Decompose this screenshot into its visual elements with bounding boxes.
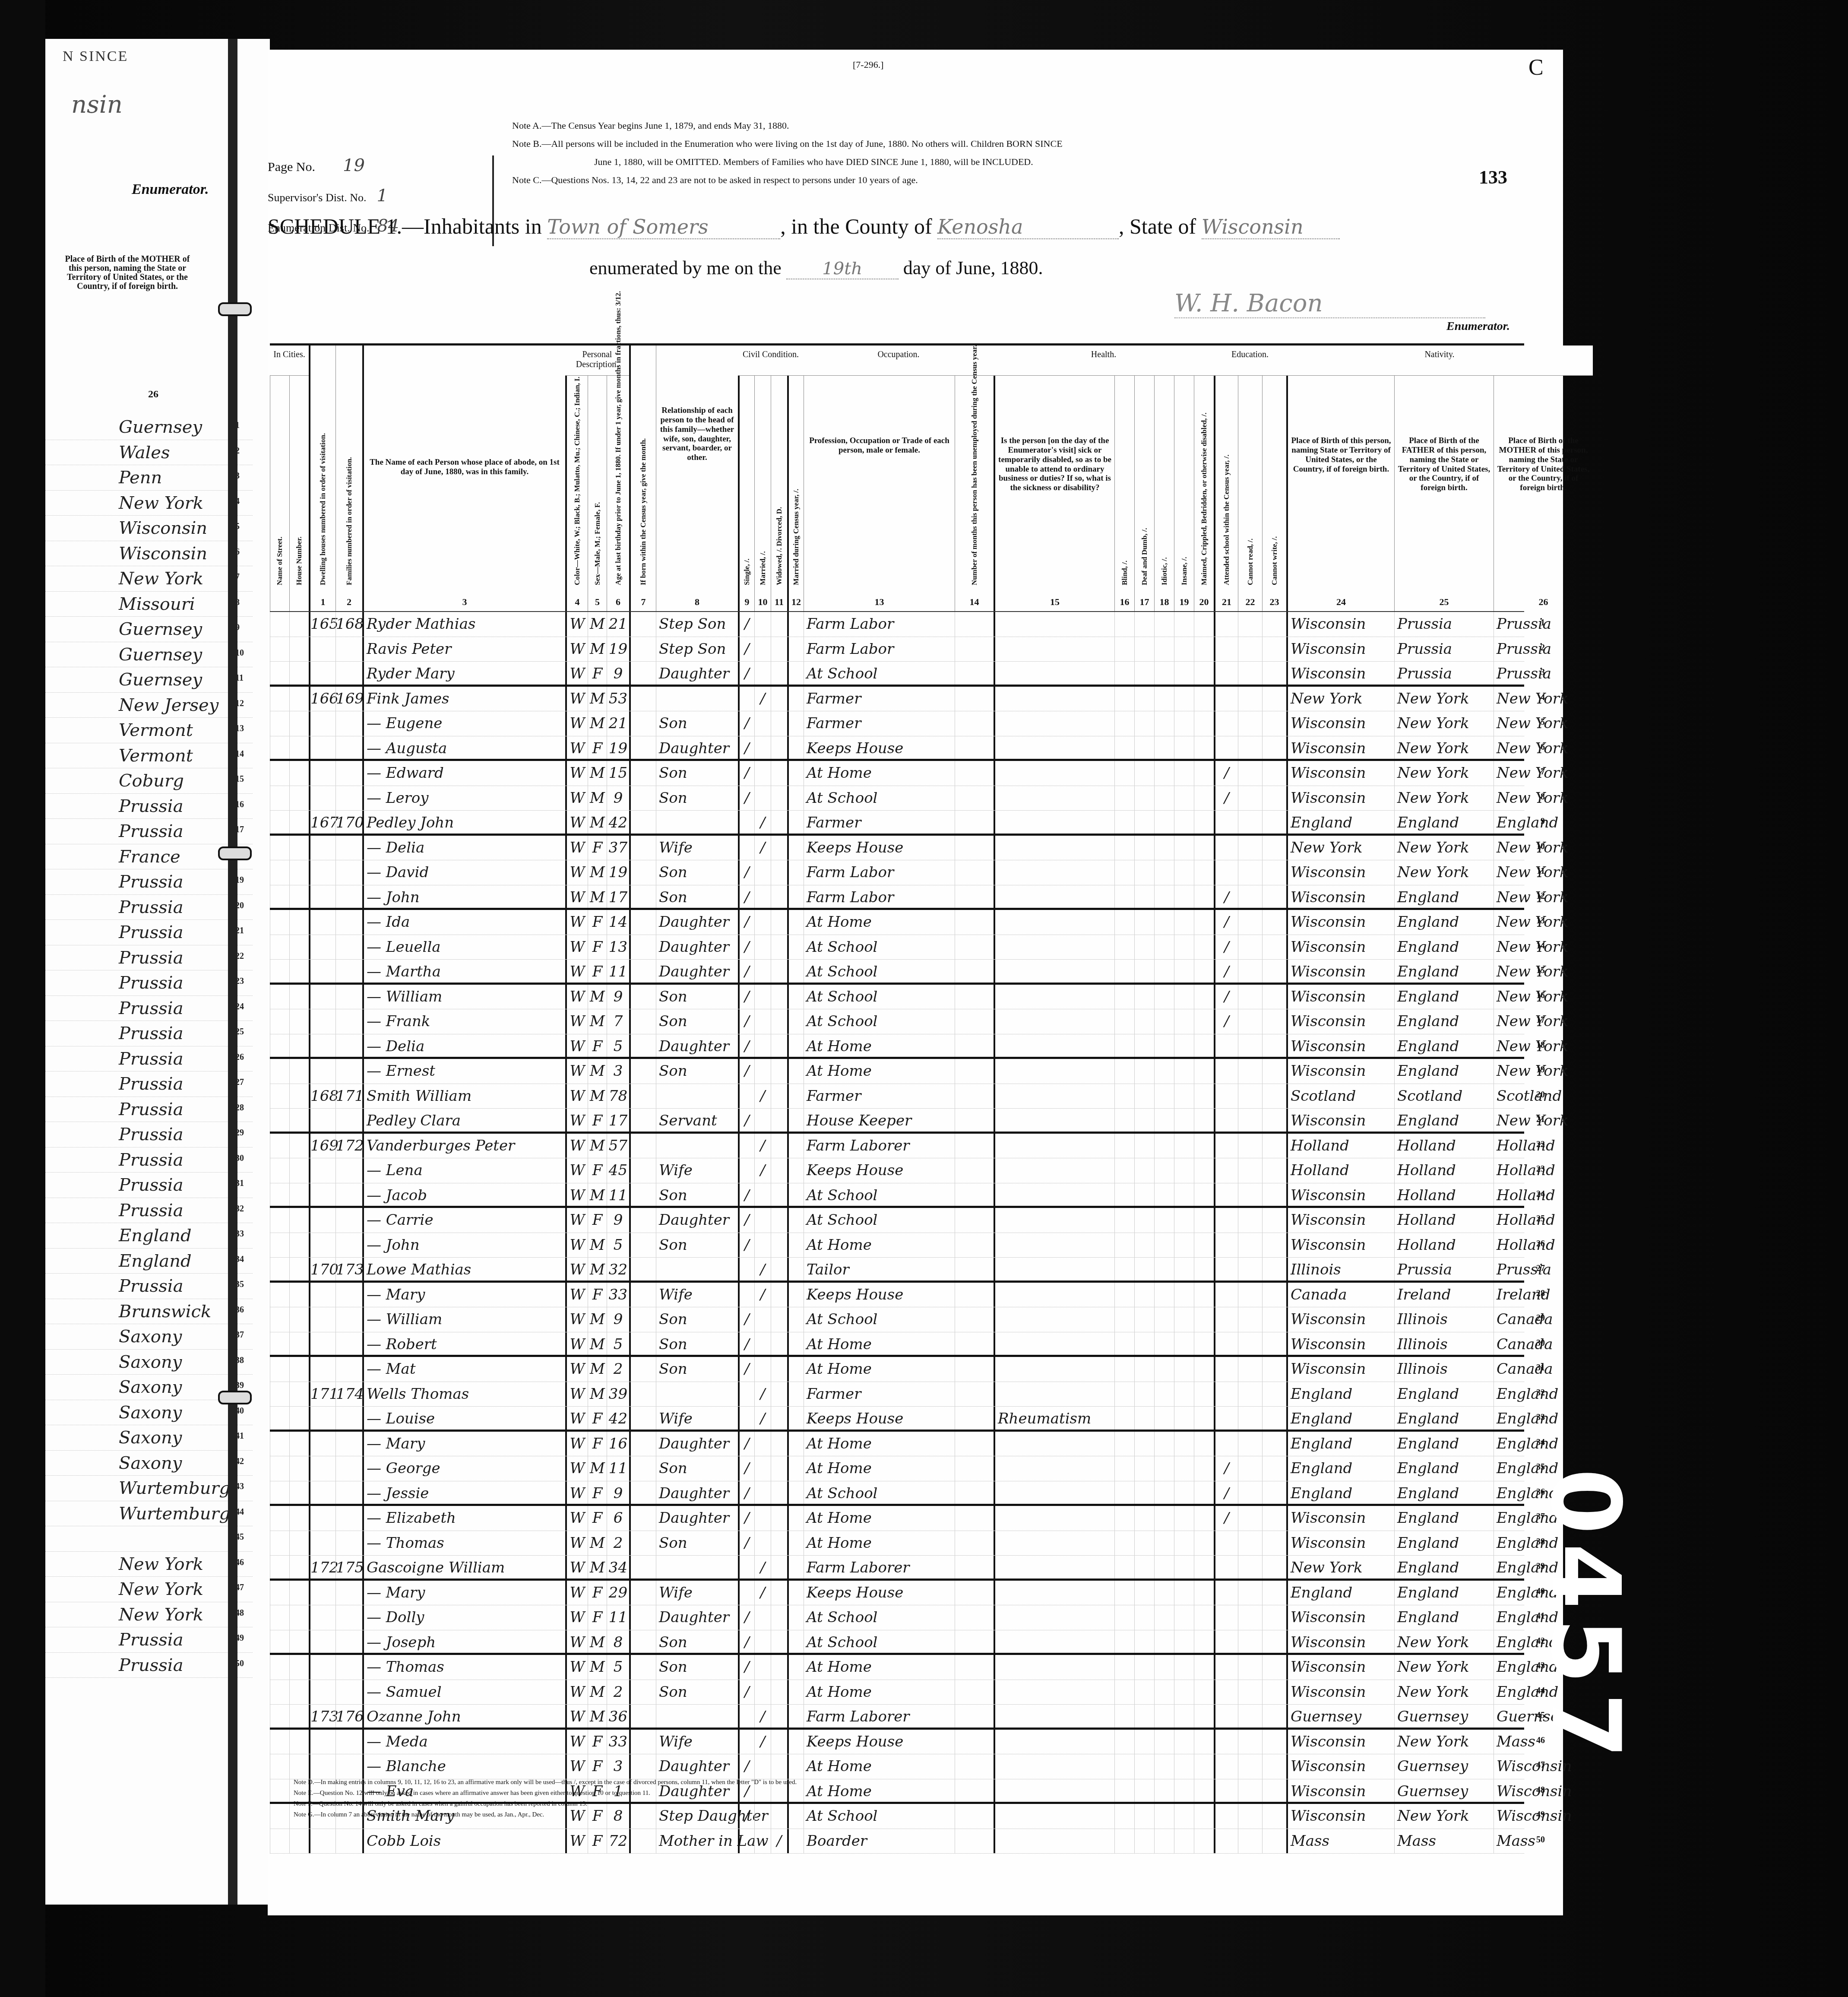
cell-family bbox=[335, 1432, 362, 1456]
cell-age: 39 bbox=[607, 1382, 629, 1407]
cell-widowed bbox=[771, 910, 787, 935]
cell-relation: Wife bbox=[656, 1283, 738, 1307]
cell-empty bbox=[1114, 1829, 1134, 1854]
cell-empty bbox=[1154, 786, 1174, 811]
cell-family bbox=[335, 1158, 362, 1183]
cell-dwelling bbox=[309, 910, 335, 935]
cell-dwelling bbox=[309, 1581, 335, 1605]
cell-empty bbox=[1238, 1605, 1262, 1630]
cell-married: / bbox=[754, 1556, 771, 1579]
cell-name: — Dolly bbox=[362, 1605, 565, 1630]
cell-empty bbox=[955, 1531, 994, 1556]
cell-occupation: At School bbox=[804, 1481, 955, 1504]
cell-color: W bbox=[565, 1109, 588, 1132]
cell-occupation: Boarder bbox=[804, 1829, 955, 1854]
table-row: — MaryWF16Daughter/At HomeEnglandEngland… bbox=[270, 1432, 1524, 1457]
cell-empty bbox=[787, 910, 804, 935]
cell-father: New York bbox=[1394, 736, 1494, 759]
cell-empty bbox=[629, 1134, 656, 1158]
prior-page-mother-birthplace: Prussia bbox=[119, 897, 184, 917]
cell-sex: M bbox=[588, 711, 607, 736]
cell-father: Prussia bbox=[1394, 662, 1494, 685]
cell-dwelling bbox=[309, 935, 335, 960]
line-number: 1 bbox=[1541, 618, 1545, 628]
cell-sickness bbox=[994, 836, 1114, 860]
cell-empty bbox=[955, 761, 994, 786]
prior-page-row: Wurtemburg43 bbox=[45, 1476, 253, 1501]
line-number: 22 bbox=[1536, 1140, 1545, 1150]
cell-father: England bbox=[1394, 811, 1494, 834]
cell-empty bbox=[787, 1382, 804, 1407]
table-row: — BlancheWF3Daughter/At HomeWisconsinGue… bbox=[270, 1754, 1524, 1779]
cell-sickness bbox=[994, 1084, 1114, 1109]
cell-birth: Wisconsin bbox=[1286, 1357, 1394, 1382]
cell-sex: F bbox=[588, 1208, 607, 1233]
prior-page-mother-birthplace: Penn bbox=[119, 468, 162, 488]
cell-father: England bbox=[1394, 1506, 1494, 1531]
cell-name: — Louise bbox=[362, 1407, 565, 1430]
prior-page-row: Vermont14 bbox=[45, 743, 253, 769]
column-header-7: Sex—Male, M.; Female, F.5 bbox=[588, 376, 607, 611]
prior-page-mother-birthplace: Wisconsin bbox=[119, 518, 207, 538]
cell-married bbox=[754, 1605, 771, 1630]
cell-empty bbox=[1114, 1283, 1134, 1307]
cell-empty bbox=[1262, 1059, 1286, 1084]
cell-single: / bbox=[738, 786, 754, 811]
cell-empty bbox=[629, 1208, 656, 1233]
cell-empty bbox=[1154, 1730, 1174, 1754]
cell-occupation: At Home bbox=[804, 1655, 955, 1680]
cell-school bbox=[1214, 836, 1238, 860]
cell-empty bbox=[289, 1109, 309, 1132]
cell-empty bbox=[787, 1655, 804, 1680]
cell-empty bbox=[1174, 1283, 1194, 1307]
prior-page-row: Prussia21 bbox=[45, 920, 253, 945]
column-number: 11 bbox=[771, 596, 787, 608]
cell-empty bbox=[289, 1084, 309, 1109]
cell-dwelling bbox=[309, 836, 335, 860]
cell-empty bbox=[1238, 1283, 1262, 1307]
cell-age: 3 bbox=[607, 1059, 629, 1084]
cell-empty bbox=[1238, 1158, 1262, 1183]
cell-father: Illinois bbox=[1394, 1332, 1494, 1355]
cell-school bbox=[1214, 662, 1238, 685]
cell-empty bbox=[1134, 1506, 1154, 1531]
table-row: — DeliaWF37Wife/Keeps HouseNew YorkNew Y… bbox=[270, 836, 1524, 861]
cell-occupation: Keeps House bbox=[804, 1283, 955, 1307]
cell-occupation: Farmer bbox=[804, 1084, 955, 1109]
cell-dwelling: 169 bbox=[309, 1134, 335, 1158]
cell-family bbox=[335, 1307, 362, 1332]
cell-empty bbox=[1262, 1283, 1286, 1307]
cell-dwelling bbox=[309, 1357, 335, 1382]
cell-empty bbox=[270, 811, 289, 834]
cell-age: 9 bbox=[607, 985, 629, 1009]
cell-empty bbox=[1174, 1382, 1194, 1407]
column-number: 2 bbox=[336, 596, 362, 608]
cell-empty bbox=[270, 1059, 289, 1084]
cell-married bbox=[754, 1456, 771, 1481]
prior-page-mother-birthplace: Vermont bbox=[119, 746, 193, 766]
cell-empty bbox=[1174, 1481, 1194, 1504]
cell-empty bbox=[1262, 612, 1286, 637]
line-number: 10 bbox=[1536, 842, 1545, 852]
cell-empty bbox=[1174, 1134, 1194, 1158]
table-row: Ravis PeterWM19Step Son/Farm LaborWiscon… bbox=[270, 637, 1524, 662]
cell-occupation: Farmer bbox=[804, 687, 955, 711]
cell-color: W bbox=[565, 1034, 588, 1057]
prior-page-mother-birthplace: Missouri bbox=[119, 594, 195, 614]
cell-relation: Son bbox=[656, 1233, 738, 1258]
cell-widowed bbox=[771, 1531, 787, 1556]
cell-widowed bbox=[771, 1407, 787, 1430]
cell-age: 8 bbox=[607, 1630, 629, 1653]
page-no-label: Page No. bbox=[268, 160, 315, 174]
line-number: 31 bbox=[1536, 1363, 1545, 1373]
cell-dwelling bbox=[309, 637, 335, 662]
cell-sickness bbox=[994, 960, 1114, 983]
cell-sickness bbox=[994, 1655, 1114, 1680]
cell-birth: Wisconsin bbox=[1286, 1506, 1394, 1531]
cell-age: 2 bbox=[607, 1680, 629, 1705]
cell-empty bbox=[1262, 885, 1286, 908]
cell-father: England bbox=[1394, 1531, 1494, 1556]
prior-page-mother-birthplace: Wurtemburg bbox=[119, 1504, 230, 1524]
cell-single bbox=[738, 1382, 754, 1407]
prior-page-row: Prussia27 bbox=[45, 1071, 253, 1097]
cell-widowed bbox=[771, 1034, 787, 1057]
cell-empty bbox=[629, 935, 656, 960]
cell-father: England bbox=[1394, 1407, 1494, 1430]
prior-page-note-fragment: N SINCE bbox=[63, 48, 128, 65]
cell-empty bbox=[1262, 1730, 1286, 1754]
cell-widowed: / bbox=[771, 1829, 787, 1854]
cell-empty bbox=[787, 1109, 804, 1132]
line-number: 20 bbox=[1536, 1090, 1545, 1100]
cell-empty bbox=[629, 985, 656, 1009]
column-header-label: Name of Street. bbox=[275, 536, 284, 585]
line-number: 33 bbox=[1536, 1413, 1545, 1423]
cell-occupation: At School bbox=[804, 786, 955, 811]
cell-sickness bbox=[994, 1680, 1114, 1705]
cell-empty bbox=[289, 1630, 309, 1653]
cell-family bbox=[335, 1605, 362, 1630]
cell-empty bbox=[629, 1382, 656, 1407]
cell-sex: M bbox=[588, 687, 607, 711]
cell-birth: Wisconsin bbox=[1286, 1630, 1394, 1653]
prior-page-mother-birthplace: Prussia bbox=[119, 872, 184, 892]
cell-empty bbox=[1194, 1556, 1214, 1579]
cell-empty bbox=[1238, 1456, 1262, 1481]
cell-dwelling bbox=[309, 761, 335, 786]
cell-empty bbox=[270, 662, 289, 685]
cell-empty bbox=[1134, 1084, 1154, 1109]
cell-empty bbox=[1238, 1183, 1262, 1206]
cell-empty bbox=[1262, 1183, 1286, 1206]
cell-empty bbox=[1194, 1034, 1214, 1057]
cell-relation bbox=[656, 687, 738, 711]
cell-empty bbox=[270, 1481, 289, 1504]
line-number: 11 bbox=[1537, 866, 1545, 876]
prior-page-mother-birthplace: Prussia bbox=[119, 796, 184, 816]
cell-family bbox=[335, 1407, 362, 1430]
cell-relation: Son bbox=[656, 1630, 738, 1653]
cell-empty bbox=[629, 1705, 656, 1728]
cell-empty bbox=[1194, 1208, 1214, 1233]
cell-occupation: Farm Labor bbox=[804, 637, 955, 662]
cell-married bbox=[754, 786, 771, 811]
line-number: 6 bbox=[1541, 742, 1545, 752]
column-number: 1 bbox=[310, 596, 335, 608]
line-number: 25 bbox=[1536, 1214, 1545, 1224]
cell-age: 21 bbox=[607, 612, 629, 637]
cell-empty bbox=[629, 786, 656, 811]
cell-empty bbox=[1238, 960, 1262, 983]
county-label: , in the County of bbox=[780, 214, 932, 238]
cell-empty bbox=[629, 1059, 656, 1084]
cell-empty bbox=[1114, 860, 1134, 885]
cell-color: W bbox=[565, 1655, 588, 1680]
cell-empty bbox=[289, 1581, 309, 1605]
cell-sex: M bbox=[588, 1307, 607, 1332]
cell-color: W bbox=[565, 1531, 588, 1556]
line-number: 13 bbox=[1536, 916, 1545, 926]
cell-name: — Mat bbox=[362, 1357, 565, 1382]
cell-empty bbox=[629, 1655, 656, 1680]
cell-empty bbox=[1134, 935, 1154, 960]
cell-family bbox=[335, 1059, 362, 1084]
cell-empty bbox=[629, 711, 656, 736]
cell-married: / bbox=[754, 1407, 771, 1430]
cell-empty bbox=[289, 1680, 309, 1705]
cell-birth: New York bbox=[1286, 836, 1394, 860]
cell-widowed bbox=[771, 1432, 787, 1456]
cell-birth: New York bbox=[1286, 1556, 1394, 1579]
cell-relation: Daughter bbox=[656, 910, 738, 935]
table-row: 167170Pedley JohnWM42/FarmerEnglandEngla… bbox=[270, 811, 1524, 836]
cell-relation: Son bbox=[656, 1332, 738, 1355]
cell-empty bbox=[1174, 1407, 1194, 1430]
census-table: In Cities.Personal Description.Civil Con… bbox=[270, 343, 1524, 1854]
cell-father: England bbox=[1394, 1009, 1494, 1034]
cell-empty bbox=[289, 1506, 309, 1531]
column-header-8: Age at last birthday prior to June 1, 18… bbox=[607, 376, 629, 611]
cell-empty bbox=[289, 985, 309, 1009]
cell-single bbox=[738, 1283, 754, 1307]
column-header-label: Place of Birth of this person, naming St… bbox=[1291, 436, 1392, 474]
prior-page-row: Prussia20 bbox=[45, 895, 253, 920]
prior-page-mother-birthplace: New York bbox=[119, 1554, 203, 1574]
cell-empty bbox=[787, 1357, 804, 1382]
cell-empty bbox=[289, 1158, 309, 1183]
cell-married bbox=[754, 1829, 771, 1854]
cell-widowed bbox=[771, 811, 787, 834]
cell-name: — John bbox=[362, 885, 565, 908]
column-header-14: Married during Census year, /.12 bbox=[787, 376, 804, 611]
column-header-label: If born within the Census year, give the… bbox=[639, 438, 648, 585]
cell-empty bbox=[1238, 1655, 1262, 1680]
column-header-label: Blind, /. bbox=[1120, 561, 1129, 585]
cell-dwelling: 167 bbox=[309, 811, 335, 834]
cell-empty bbox=[787, 1556, 804, 1579]
cell-empty bbox=[1262, 836, 1286, 860]
column-header-label: Attended school within the Census year, … bbox=[1222, 454, 1231, 585]
cell-empty bbox=[1114, 811, 1134, 834]
cell-married bbox=[754, 985, 771, 1009]
cell-father: England bbox=[1394, 1059, 1494, 1084]
cell-empty bbox=[955, 1009, 994, 1034]
cell-age: 17 bbox=[607, 885, 629, 908]
cell-married bbox=[754, 736, 771, 759]
cell-empty bbox=[787, 1432, 804, 1456]
cell-empty bbox=[1154, 836, 1174, 860]
cell-color: W bbox=[565, 1283, 588, 1307]
column-header-label: Single, /. bbox=[743, 558, 751, 585]
cell-occupation: Farmer bbox=[804, 711, 955, 736]
cell-occupation: Keeps House bbox=[804, 736, 955, 759]
prior-page-row: Guernsey9 bbox=[45, 617, 253, 642]
cell-age: 11 bbox=[607, 1456, 629, 1481]
cell-empty bbox=[1262, 985, 1286, 1009]
cell-father: England bbox=[1394, 885, 1494, 908]
prior-page-enumerator-label: Enumerator. bbox=[132, 181, 209, 198]
cell-single bbox=[738, 811, 754, 834]
cell-color: W bbox=[565, 637, 588, 662]
cell-empty bbox=[270, 935, 289, 960]
cell-relation: Son bbox=[656, 786, 738, 811]
cell-age: 9 bbox=[607, 1307, 629, 1332]
cell-empty bbox=[1174, 1829, 1194, 1854]
cell-empty bbox=[1262, 1481, 1286, 1504]
cell-single bbox=[738, 1705, 754, 1728]
cell-empty bbox=[270, 1680, 289, 1705]
cell-empty bbox=[629, 1084, 656, 1109]
cell-name: Lowe Mathias bbox=[362, 1258, 565, 1281]
cell-sickness bbox=[994, 811, 1114, 834]
prior-page-mother-birthplace: Prussia bbox=[119, 1201, 184, 1220]
cell-single: / bbox=[738, 1034, 754, 1057]
cell-sex: M bbox=[588, 811, 607, 834]
cell-occupation: At School bbox=[804, 960, 955, 983]
cell-school bbox=[1214, 1183, 1238, 1206]
cell-family bbox=[335, 1009, 362, 1034]
cell-name: Pedley Clara bbox=[362, 1109, 565, 1132]
cell-empty bbox=[289, 1059, 309, 1084]
cell-school bbox=[1214, 1307, 1238, 1332]
cell-empty bbox=[289, 1357, 309, 1382]
cell-empty bbox=[289, 1829, 309, 1854]
cell-empty bbox=[1194, 687, 1214, 711]
cell-single bbox=[738, 836, 754, 860]
cell-empty bbox=[1154, 1531, 1174, 1556]
cell-empty bbox=[1194, 1307, 1214, 1332]
cell-empty bbox=[1238, 985, 1262, 1009]
cell-empty bbox=[787, 761, 804, 786]
state-label: , State of bbox=[1119, 214, 1196, 238]
cell-empty bbox=[1154, 1680, 1174, 1705]
cell-widowed bbox=[771, 1059, 787, 1084]
cell-empty bbox=[955, 1134, 994, 1158]
cell-empty bbox=[629, 1581, 656, 1605]
cell-widowed bbox=[771, 1332, 787, 1355]
cell-empty bbox=[1262, 786, 1286, 811]
cell-sickness bbox=[994, 1208, 1114, 1233]
cell-widowed bbox=[771, 1134, 787, 1158]
cell-name: — Delia bbox=[362, 836, 565, 860]
cell-age: 42 bbox=[607, 811, 629, 834]
cell-sickness: Rheumatism bbox=[994, 1407, 1114, 1430]
cell-empty bbox=[1238, 1332, 1262, 1355]
cell-occupation: Farm Labor bbox=[804, 612, 955, 637]
cell-empty bbox=[1194, 736, 1214, 759]
cell-empty bbox=[1154, 1754, 1174, 1779]
prior-page-row: Prussia22 bbox=[45, 945, 253, 971]
cell-empty bbox=[1154, 1556, 1174, 1579]
column-header-label: The Name of each Person whose place of a… bbox=[367, 458, 563, 477]
cell-color: W bbox=[565, 1208, 588, 1233]
cell-empty bbox=[1134, 1581, 1154, 1605]
cell-color: W bbox=[565, 1307, 588, 1332]
cell-empty bbox=[1262, 761, 1286, 786]
cell-married: / bbox=[754, 1705, 771, 1728]
cell-sex: F bbox=[588, 1481, 607, 1504]
cell-empty bbox=[787, 1506, 804, 1531]
cell-empty bbox=[270, 711, 289, 736]
cell-empty bbox=[289, 1556, 309, 1579]
cell-empty bbox=[1194, 1680, 1214, 1705]
cell-empty bbox=[1194, 637, 1214, 662]
cell-empty bbox=[1154, 711, 1174, 736]
cell-empty bbox=[787, 1009, 804, 1034]
cell-empty bbox=[629, 1109, 656, 1132]
cell-sickness bbox=[994, 935, 1114, 960]
cell-empty bbox=[629, 687, 656, 711]
cell-empty bbox=[787, 1034, 804, 1057]
cell-sex: M bbox=[588, 1655, 607, 1680]
cell-family bbox=[335, 637, 362, 662]
cell-age: 57 bbox=[607, 1134, 629, 1158]
cell-color: W bbox=[565, 1456, 588, 1481]
cell-single: / bbox=[738, 985, 754, 1009]
line-number: 26 bbox=[1536, 1239, 1545, 1249]
column-number: 5 bbox=[588, 596, 607, 608]
prior-page-row: Wisconsin5 bbox=[45, 516, 253, 541]
cell-empty bbox=[955, 910, 994, 935]
cell-sex: M bbox=[588, 1630, 607, 1653]
column-header-label: Relationship of each person to the head … bbox=[659, 406, 735, 463]
cell-sickness bbox=[994, 662, 1114, 685]
cell-empty bbox=[1114, 662, 1134, 685]
prior-page-mother-birthplace: Prussia bbox=[119, 1655, 184, 1675]
cell-empty bbox=[1238, 736, 1262, 759]
cell-school bbox=[1214, 1134, 1238, 1158]
table-row: — RobertWM5Son/At HomeWisconsinIllinoisC… bbox=[270, 1332, 1524, 1357]
cell-occupation: Keeps House bbox=[804, 1158, 955, 1183]
prior-page-row: Prussia35 bbox=[45, 1274, 253, 1299]
cell-empty bbox=[289, 836, 309, 860]
cell-empty bbox=[1238, 1084, 1262, 1109]
cell-birth: Wisconsin bbox=[1286, 711, 1394, 736]
cell-empty bbox=[629, 1307, 656, 1332]
cell-sickness bbox=[994, 687, 1114, 711]
cell-school bbox=[1214, 711, 1238, 736]
cell-empty bbox=[1174, 1730, 1194, 1754]
cell-sickness bbox=[994, 860, 1114, 885]
cell-name: Ryder Mary bbox=[362, 662, 565, 685]
cell-empty bbox=[289, 761, 309, 786]
cell-sex: F bbox=[588, 1506, 607, 1531]
cell-empty bbox=[629, 1680, 656, 1705]
